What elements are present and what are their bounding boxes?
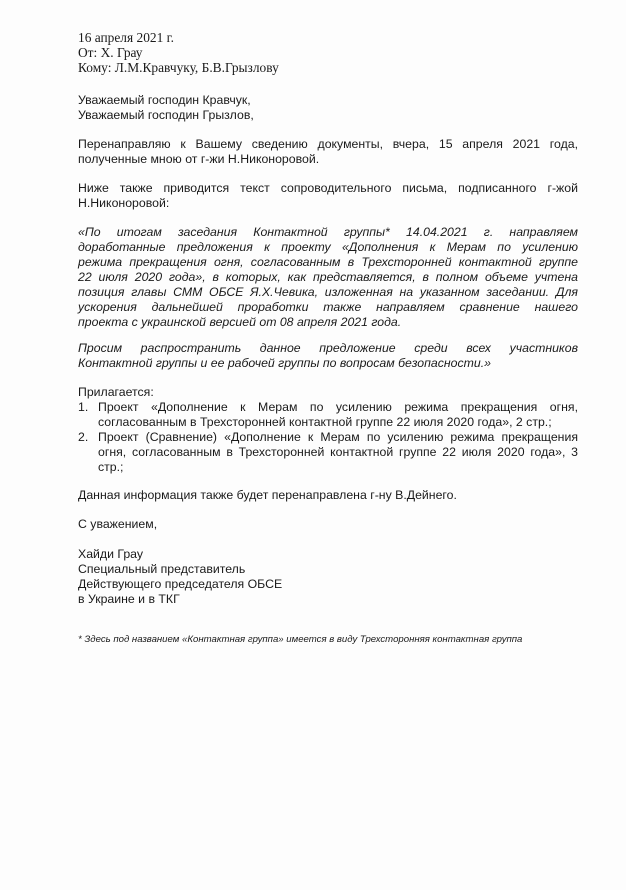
attachment-line: Проект «Дополнение к Мерам по усилению р… — [98, 400, 578, 415]
quote-line: Просим распространить данное предложение… — [78, 341, 578, 356]
attachment-line: огня, согласованным в Трехсторонней конт… — [98, 445, 578, 460]
quoted-letter-paragraph-2: Просим распространить данное предложение… — [78, 341, 578, 371]
quote-line: режима прекращения огня, согласованным в… — [78, 255, 578, 270]
letter-page: 16 апреля 2021 г. От: Х. Грау Кому: Л.М.… — [0, 0, 626, 890]
signature-block: Хайди Грау Специальный представитель Дей… — [78, 547, 578, 607]
attachment-line: Проект (Сравнение) «Дополнение к Мерам п… — [98, 430, 578, 445]
paragraph-line: Перенаправляю к Вашему сведению документ… — [78, 137, 578, 152]
paragraph-line: полученные мною от г-жи Н.Никоноровой. — [78, 152, 578, 167]
quote-line: доработанные предложения к проекту «Допо… — [78, 240, 578, 255]
list-number: 1. — [78, 400, 88, 415]
quote-line: Контактной группы и ее рабочей группы по… — [78, 356, 578, 371]
salutation: Уважаемый господин Кравчук, Уважаемый го… — [78, 93, 578, 123]
salutation-line-2: Уважаемый господин Грызлов, — [78, 108, 578, 123]
quote-line: 22 июля 2020 года», в которых, как предс… — [78, 270, 578, 285]
salutation-line-1: Уважаемый господин Кравчук, — [78, 93, 578, 108]
forward-note: Данная информация также будет перенаправ… — [78, 488, 578, 503]
paragraph-line: Н.Никоноровой: — [78, 196, 578, 211]
regards-text: С уважением, — [78, 517, 578, 532]
attachments-list: Прилагается: 1. Проект «Дополнение к Мер… — [78, 385, 578, 475]
footnote: * Здесь под названием «Контактная группа… — [78, 634, 588, 646]
paragraph-forwarding: Перенаправляю к Вашему сведению документ… — [78, 137, 578, 167]
quote-line: ускорения дальнейшей проработки также на… — [78, 300, 578, 315]
signatory-title: Действующего председателя ОБСЕ — [78, 577, 578, 592]
attachments-heading: Прилагается: — [78, 385, 578, 400]
letter-header: 16 апреля 2021 г. От: Х. Грау Кому: Л.М.… — [78, 30, 578, 75]
attachment-item-1: 1. Проект «Дополнение к Мерам по усилени… — [78, 400, 578, 430]
letter-from: От: Х. Грау — [78, 45, 578, 60]
signatory-title: Специальный представитель — [78, 562, 578, 577]
paragraph-line: Ниже также приводится текст сопроводител… — [78, 181, 578, 196]
signatory-title: в Украине и в ТКГ — [78, 592, 578, 607]
quote-line: проекта с украинской версией от 08 апрел… — [78, 315, 578, 330]
attachment-item-2: 2. Проект (Сравнение) «Дополнение к Мера… — [78, 430, 578, 475]
list-number: 2. — [78, 430, 88, 445]
closing-regards: С уважением, — [78, 517, 578, 532]
letter-to: Кому: Л.М.Кравчуку, Б.В.Грызлову — [78, 60, 578, 75]
signatory-name: Хайди Грау — [78, 547, 578, 562]
quoted-letter-paragraph-1: «По итогам заседания Контактной группы* … — [78, 225, 578, 330]
attachment-line: согласованным в Трехсторонней контактной… — [98, 415, 578, 430]
paragraph-cover-letter-intro: Ниже также приводится текст сопроводител… — [78, 181, 578, 211]
forward-note-text: Данная информация также будет перенаправ… — [78, 488, 578, 503]
quote-line: «По итогам заседания Контактной группы* … — [78, 225, 578, 240]
letter-date: 16 апреля 2021 г. — [78, 30, 578, 45]
quote-line: позиция главы СММ ОБСЕ Я.Х.Чевика, излож… — [78, 285, 578, 300]
attachment-line: стр.; — [98, 460, 578, 475]
